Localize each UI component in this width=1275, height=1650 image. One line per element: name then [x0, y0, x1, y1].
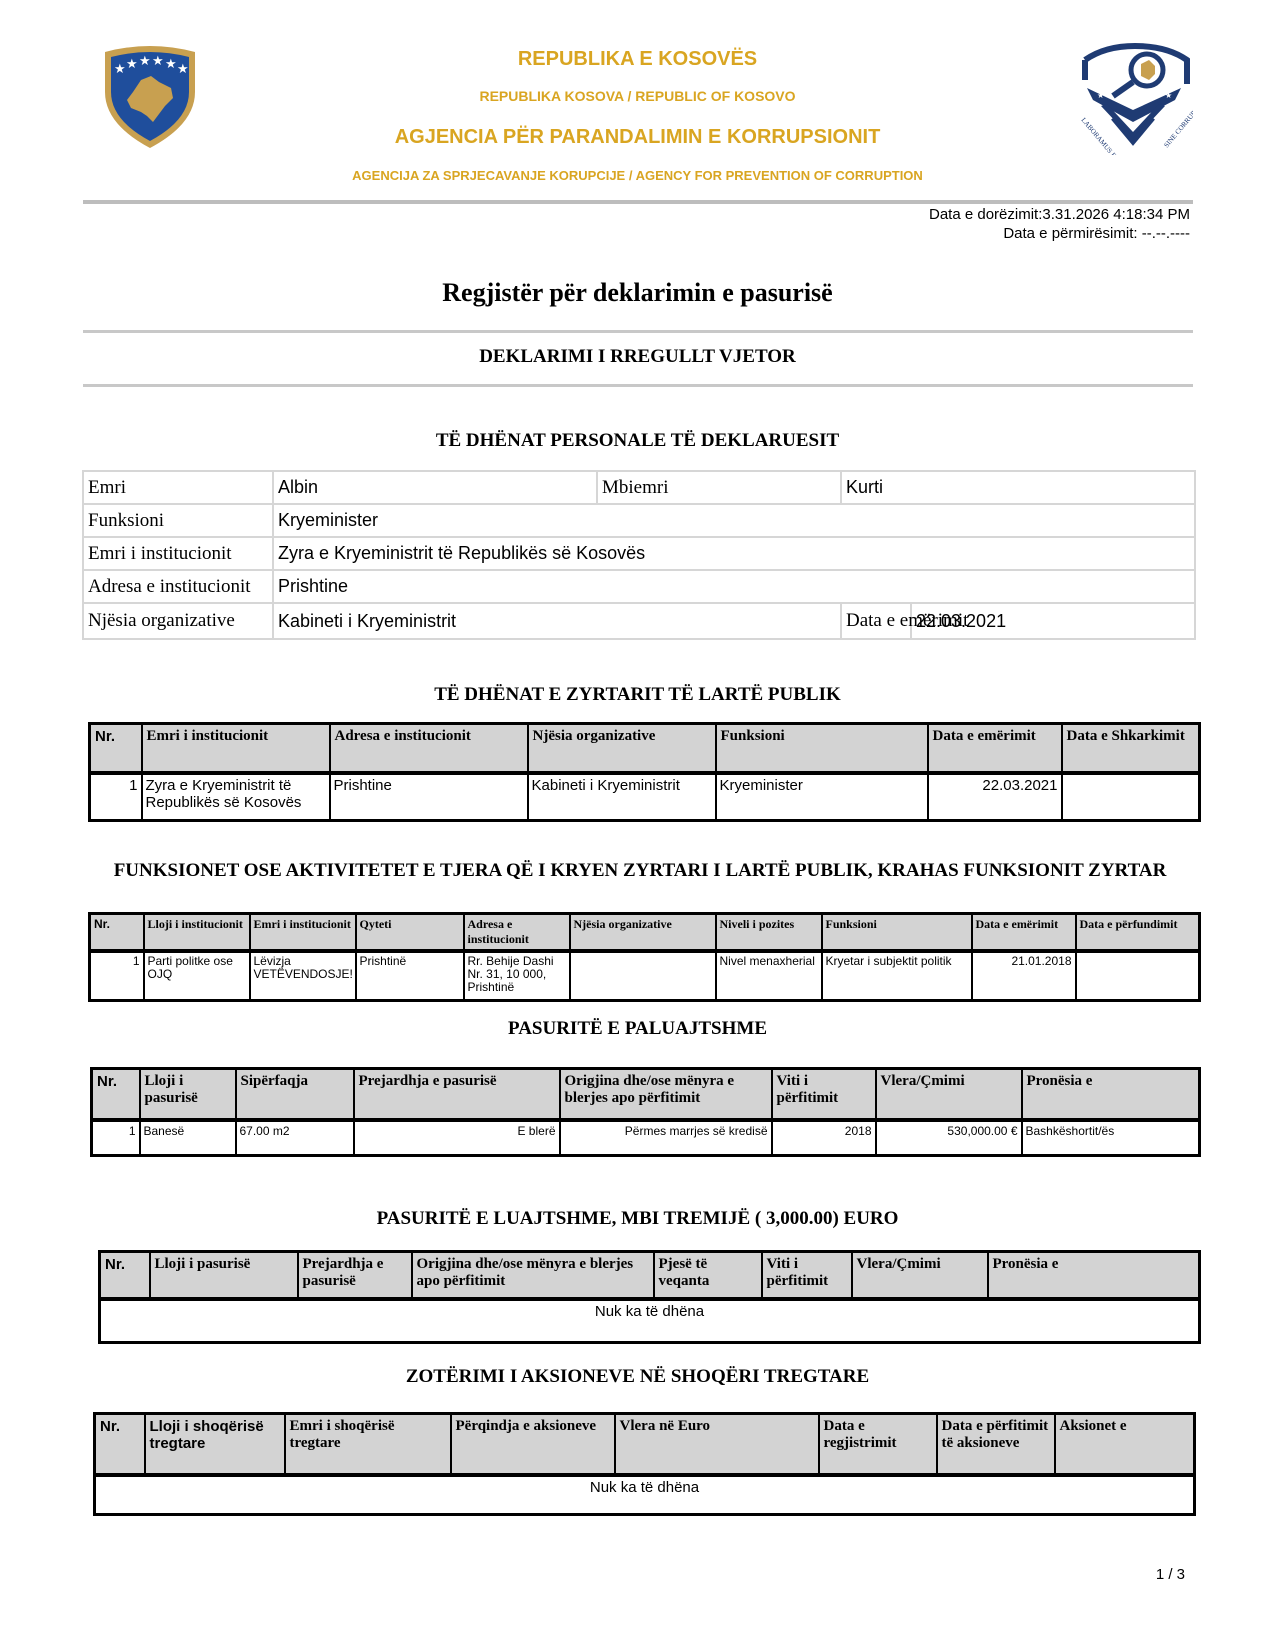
cell-appointment-date: 21.01.2018	[972, 951, 1076, 1001]
cell-dismissal-date	[1062, 773, 1200, 821]
address-value: Prishtine	[273, 570, 1195, 603]
immovable-assets-table: Nr. Lloji i pasurisë Sipërfaqja Prejardh…	[90, 1067, 1201, 1157]
column-header: Nr.	[95, 1414, 145, 1476]
submission-date: Data e dorëzimit:3.31.2026 4:18:34 PM	[929, 206, 1190, 223]
column-header: Data e Shkarkimit	[1062, 724, 1200, 774]
column-header: Prejardhja e pasurisë	[354, 1069, 560, 1121]
other-functions-table: Nr. Lloji i institucionit Emri i institu…	[88, 912, 1201, 1002]
last-name-label: Mbiemri	[597, 471, 841, 504]
title-divider-top	[83, 330, 1193, 333]
column-header: Qyteti	[356, 914, 464, 952]
header-agency-translations: AGENCIJA ZA SPRJECAVANJE KORUPCIJE / AGE…	[0, 168, 1275, 183]
column-header: Sipërfaqja	[236, 1069, 354, 1121]
cell-function: Kryetar i subjektit politik	[822, 951, 972, 1001]
cell-nr: 1	[90, 773, 142, 821]
column-header: Lloji i institucionit	[144, 914, 250, 952]
table-row: 1 Parti politke ose OJQ Lëvizja VETËVEND…	[90, 951, 1200, 1001]
column-header: Nr.	[92, 1069, 140, 1121]
title-divider-bottom	[83, 384, 1193, 387]
column-header: Funksioni	[822, 914, 972, 952]
personal-data-heading: TË DHËNAT PERSONALE TË DEKLARUESIT	[0, 430, 1275, 452]
column-header: Viti i përfitimit	[762, 1252, 852, 1300]
cell-value: 530,000.00 €	[876, 1120, 1022, 1156]
no-data-message: Nuk ka të dhëna	[95, 1475, 1195, 1515]
appointment-value: 22.03.2021	[911, 603, 1195, 639]
institution-label: Emri i institucionit	[83, 537, 273, 570]
cell-asset-type: Banesë	[140, 1120, 236, 1156]
column-header: Lloji i pasurisë	[150, 1252, 298, 1300]
cell-area: 67.00 m2	[236, 1120, 354, 1156]
column-header: Lloji i shoqërisë tregtare	[145, 1414, 285, 1476]
official-data-heading: TË DHËNAT E ZYRTARIT TË LARTË PUBLIK	[0, 684, 1275, 706]
unit-label: Njësia organizative	[83, 603, 273, 639]
table-header-row: Nr. Lloji i shoqërisë tregtare Emri i sh…	[95, 1414, 1195, 1476]
cell-institution-type: Parti politke ose OJQ	[144, 951, 250, 1001]
table-header-row: Nr. Lloji i institucionit Emri i institu…	[90, 914, 1200, 952]
function-value: Kryeminister	[273, 504, 1195, 537]
cell-position-level: Nivel menaxherial	[716, 951, 822, 1001]
column-header: Vlera/Çmimi	[876, 1069, 1022, 1121]
first-name-value: Albin	[273, 471, 597, 504]
cell-unit	[570, 951, 716, 1001]
column-header: Niveli i pozites	[716, 914, 822, 952]
table-row: 1 Zyra e Kryeministrit të Republikës së …	[90, 773, 1200, 821]
column-header: Përqindja e aksioneve	[451, 1414, 615, 1476]
personal-data-table: Emri Albin Mbiemri Kurti Funksioni Kryem…	[82, 470, 1196, 640]
column-header: Prejardhja e pasurisë	[298, 1252, 412, 1300]
column-header: Data e përfundimit	[1076, 914, 1200, 952]
anti-corruption-agency-emblem-icon: ★ ★ LABORAMUS ETHICUM SINE CORRUPTIONE	[1075, 40, 1193, 155]
column-header: Lloji i pasurisë	[140, 1069, 236, 1121]
column-header: Viti i përfitimit	[772, 1069, 876, 1121]
other-functions-heading: FUNKSIONET OSE AKTIVITETET E TJERA QË I …	[90, 858, 1190, 884]
column-header: Pronësia e	[1022, 1069, 1200, 1121]
cell-function: Kryeminister	[716, 773, 928, 821]
column-header: Emri i shoqërisë tregtare	[285, 1414, 451, 1476]
cell-ownership: Bashkëshortit/ës	[1022, 1120, 1200, 1156]
shares-heading: ZOTËRIMI I AKSIONEVE NË SHOQËRI TREGTARE	[0, 1366, 1275, 1388]
cell-acquisition-year: 2018	[772, 1120, 876, 1156]
cell-unit: Kabineti i Kryeministrit	[528, 773, 716, 821]
table-row-empty: Nuk ka të dhëna	[95, 1475, 1195, 1515]
page-title: Regjistër për deklarimin e pasurisë	[0, 278, 1275, 308]
table-row: 1 Banesë 67.00 m2 E blerë Përmes marrjes…	[92, 1120, 1200, 1156]
official-data-table: Nr. Emri i institucionit Adresa e instit…	[88, 722, 1201, 822]
unit-value: Kabineti i Kryeministrit	[273, 603, 841, 639]
immovable-assets-heading: PASURITË E PALUAJTSHME	[0, 1018, 1275, 1040]
cell-nr: 1	[90, 951, 144, 1001]
declaration-type: DEKLARIMI I RREGULLT VJETOR	[0, 346, 1275, 368]
cell-institution-name: Lëvizja VETËVENDOSJE!	[250, 951, 356, 1001]
page-number: 1 / 3	[1156, 1566, 1185, 1583]
table-row-empty: Nuk ka të dhëna	[100, 1299, 1200, 1343]
column-header: Data e emërimit	[928, 724, 1062, 774]
column-header: Pronësia e	[988, 1252, 1200, 1300]
cell-institution: Zyra e Kryeministrit të Republikës së Ko…	[142, 773, 330, 821]
address-label: Adresa e institucionit	[83, 570, 273, 603]
cell-asset-origin: E blerë	[354, 1120, 560, 1156]
table-header-row: Nr. Lloji i pasurisë Sipërfaqja Prejardh…	[92, 1069, 1200, 1121]
cell-end-date	[1076, 951, 1200, 1001]
first-name-label: Emri	[83, 471, 273, 504]
table-header-row: Nr. Emri i institucionit Adresa e instit…	[90, 724, 1200, 774]
column-header: Nr.	[100, 1252, 150, 1300]
function-label: Funksioni	[83, 504, 273, 537]
cell-address: Prishtine	[330, 773, 528, 821]
column-header: Data e emërimit	[972, 914, 1076, 952]
column-header: Njësia organizative	[528, 724, 716, 774]
column-header: Adresa e institucionit	[330, 724, 528, 774]
column-header: Funksioni	[716, 724, 928, 774]
table-header-row: Nr. Lloji i pasurisë Prejardhja e pasuri…	[100, 1252, 1200, 1300]
movable-assets-table: Nr. Lloji i pasurisë Prejardhja e pasuri…	[98, 1250, 1201, 1344]
cell-appointment-date: 22.03.2021	[928, 773, 1062, 821]
amendment-date: Data e përmirësimit: --.--.----	[1003, 225, 1190, 242]
column-header: Nr.	[90, 724, 142, 774]
column-header: Data e përfitimit të aksioneve	[937, 1414, 1055, 1476]
movable-assets-heading: PASURITË E LUAJTSHME, MBI TREMIJË ( 3,00…	[0, 1208, 1275, 1230]
column-header: Aksionet e	[1055, 1414, 1195, 1476]
cell-nr: 1	[92, 1120, 140, 1156]
shares-table: Nr. Lloji i shoqërisë tregtare Emri i sh…	[93, 1412, 1196, 1516]
column-header: Vlera/Çmimi	[852, 1252, 988, 1300]
column-header: Origjina dhe/ose mënyra e blerjes apo pë…	[560, 1069, 772, 1121]
column-header: Emri i institucionit	[250, 914, 356, 952]
svg-text:★: ★	[1097, 91, 1104, 100]
column-header: Vlera në Euro	[615, 1414, 819, 1476]
column-header: Origjina dhe/ose mënyra e blerjes apo pë…	[412, 1252, 654, 1300]
column-header: Data e regjistrimit	[819, 1414, 937, 1476]
column-header: Adresa e institucionit	[464, 914, 570, 952]
column-header: Njësia organizative	[570, 914, 716, 952]
institution-value: Zyra e Kryeministrit të Republikës së Ko…	[273, 537, 1195, 570]
appointment-label: Data e emërimit	[841, 603, 911, 639]
cell-city: Prishtinë	[356, 951, 464, 1001]
last-name-value: Kurti	[841, 471, 1195, 504]
cell-acquisition-method: Përmes marrjes së kredisë	[560, 1120, 772, 1156]
svg-text:★: ★	[1165, 91, 1172, 100]
column-header: Emri i institucionit	[142, 724, 330, 774]
header-divider	[83, 200, 1193, 204]
cell-address: Rr. Behije Dashi Nr. 31, 10 000, Prishti…	[464, 951, 570, 1001]
no-data-message: Nuk ka të dhëna	[100, 1299, 1200, 1343]
column-header: Nr.	[90, 914, 144, 952]
column-header: Pjesë të veqanta	[654, 1252, 762, 1300]
